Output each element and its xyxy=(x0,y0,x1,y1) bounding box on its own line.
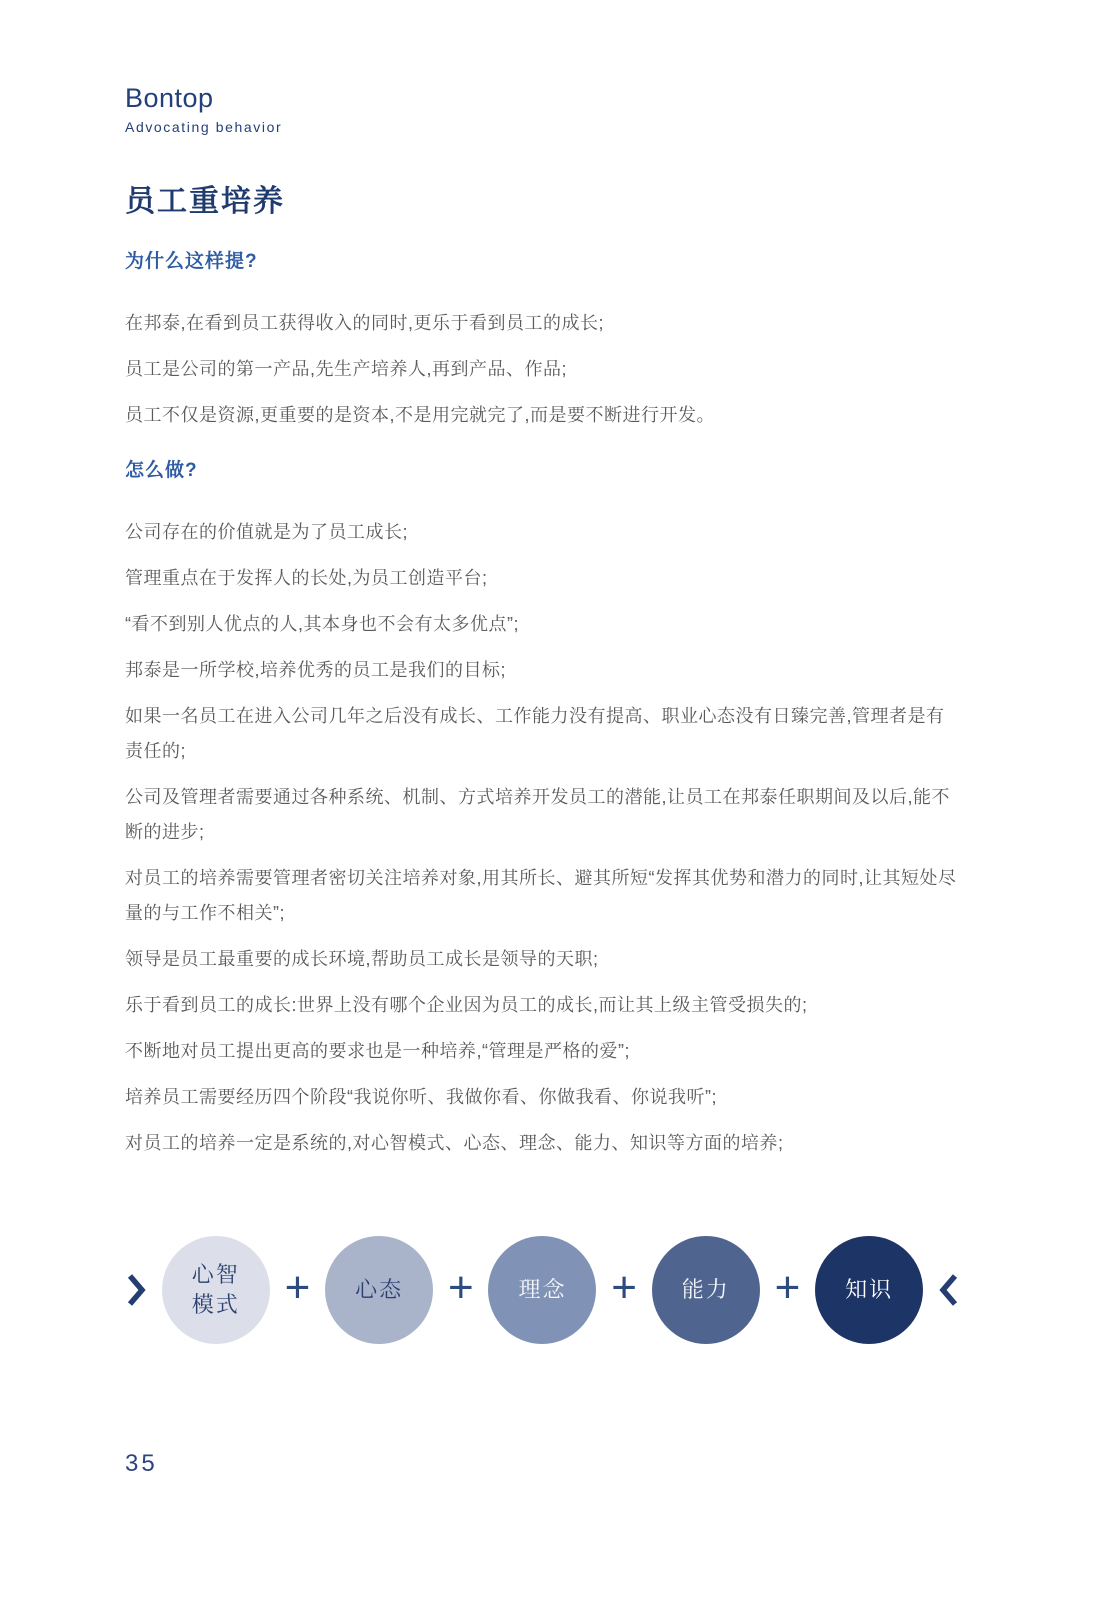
node-label: 心智 模式 xyxy=(192,1260,240,1320)
node-mindset: 心态 xyxy=(325,1236,433,1344)
section-heading-why: 为什么这样提? xyxy=(125,250,960,274)
training-elements-diagram: 心智 模式 + 心态 + 理念 + 能力 + 知识 xyxy=(125,1235,960,1345)
node-knowledge: 知识 xyxy=(815,1236,923,1344)
paragraph: 员工是公司的第一产品,先生产培养人,再到产品、作品; xyxy=(125,352,960,387)
paragraph: “看不到别人优点的人,其本身也不会有太多优点”; xyxy=(125,607,960,642)
paragraph: 如果一名员工在进入公司几年之后没有成长、工作能力没有提高、职业心态没有日臻完善,… xyxy=(125,699,960,769)
paragraph: 管理重点在于发挥人的长处,为员工创造平台; xyxy=(125,561,960,596)
left-chevron-icon xyxy=(125,1270,147,1310)
paragraph: 公司及管理者需要通过各种系统、机制、方式培养开发员工的潜能,让员工在邦泰任职期间… xyxy=(125,780,960,850)
section-why: 为什么这样提? 在邦泰,在看到员工获得收入的同时,更乐于看到员工的成长; 员工是… xyxy=(125,250,960,433)
section-how: 怎么做? 公司存在的价值就是为了员工成长; 管理重点在于发挥人的长处,为员工创造… xyxy=(125,459,960,1161)
paragraph: 培养员工需要经历四个阶段“我说你听、我做你看、你做我看、你说我听”; xyxy=(125,1080,960,1115)
paragraph: 公司存在的价值就是为了员工成长; xyxy=(125,515,960,550)
paragraph: 领导是员工最重要的成长环境,帮助员工成长是领导的天职; xyxy=(125,942,960,977)
node-philosophy: 理念 xyxy=(488,1236,596,1344)
paragraph: 对员工的培养一定是系统的,对心智模式、心态、理念、能力、知识等方面的培养; xyxy=(125,1126,960,1161)
paragraph: 不断地对员工提出更高的要求也是一种培养,“管理是严格的爱”; xyxy=(125,1034,960,1069)
node-label: 理念 xyxy=(518,1275,566,1305)
paragraph: 在邦泰,在看到员工获得收入的同时,更乐于看到员工的成长; xyxy=(125,306,960,341)
paragraph: 邦泰是一所学校,培养优秀的员工是我们的目标; xyxy=(125,653,960,688)
plus-icon: + xyxy=(448,1266,474,1310)
node-label: 能力 xyxy=(682,1275,730,1305)
brand-block: Bontop Advocating behavior xyxy=(125,83,960,135)
paragraph: 员工不仅是资源,更重要的是资本,不是用完就完了,而是要不断进行开发。 xyxy=(125,398,960,433)
page-number: 35 xyxy=(125,1450,158,1478)
right-chevron-icon xyxy=(938,1270,960,1310)
paragraph: 乐于看到员工的成长:世界上没有哪个企业因为员工的成长,而让其上级主管受损失的; xyxy=(125,988,960,1023)
document-page: Bontop Advocating behavior 员工重培养 为什么这样提?… xyxy=(0,0,1093,1600)
node-label: 心态 xyxy=(355,1275,403,1305)
paragraph: 对员工的培养需要管理者密切关注培养对象,用其所长、避其所短“发挥其优势和潜力的同… xyxy=(125,861,960,931)
plus-icon: + xyxy=(775,1266,801,1310)
brand-logo: Bontop xyxy=(125,83,960,114)
plus-icon: + xyxy=(285,1266,311,1310)
node-mental-model: 心智 模式 xyxy=(162,1236,270,1344)
page-title: 员工重培养 xyxy=(125,184,960,220)
node-label: 知识 xyxy=(845,1275,893,1305)
section-heading-how: 怎么做? xyxy=(125,459,960,483)
brand-tagline: Advocating behavior xyxy=(125,119,960,135)
plus-icon: + xyxy=(611,1266,637,1310)
node-ability: 能力 xyxy=(652,1236,760,1344)
